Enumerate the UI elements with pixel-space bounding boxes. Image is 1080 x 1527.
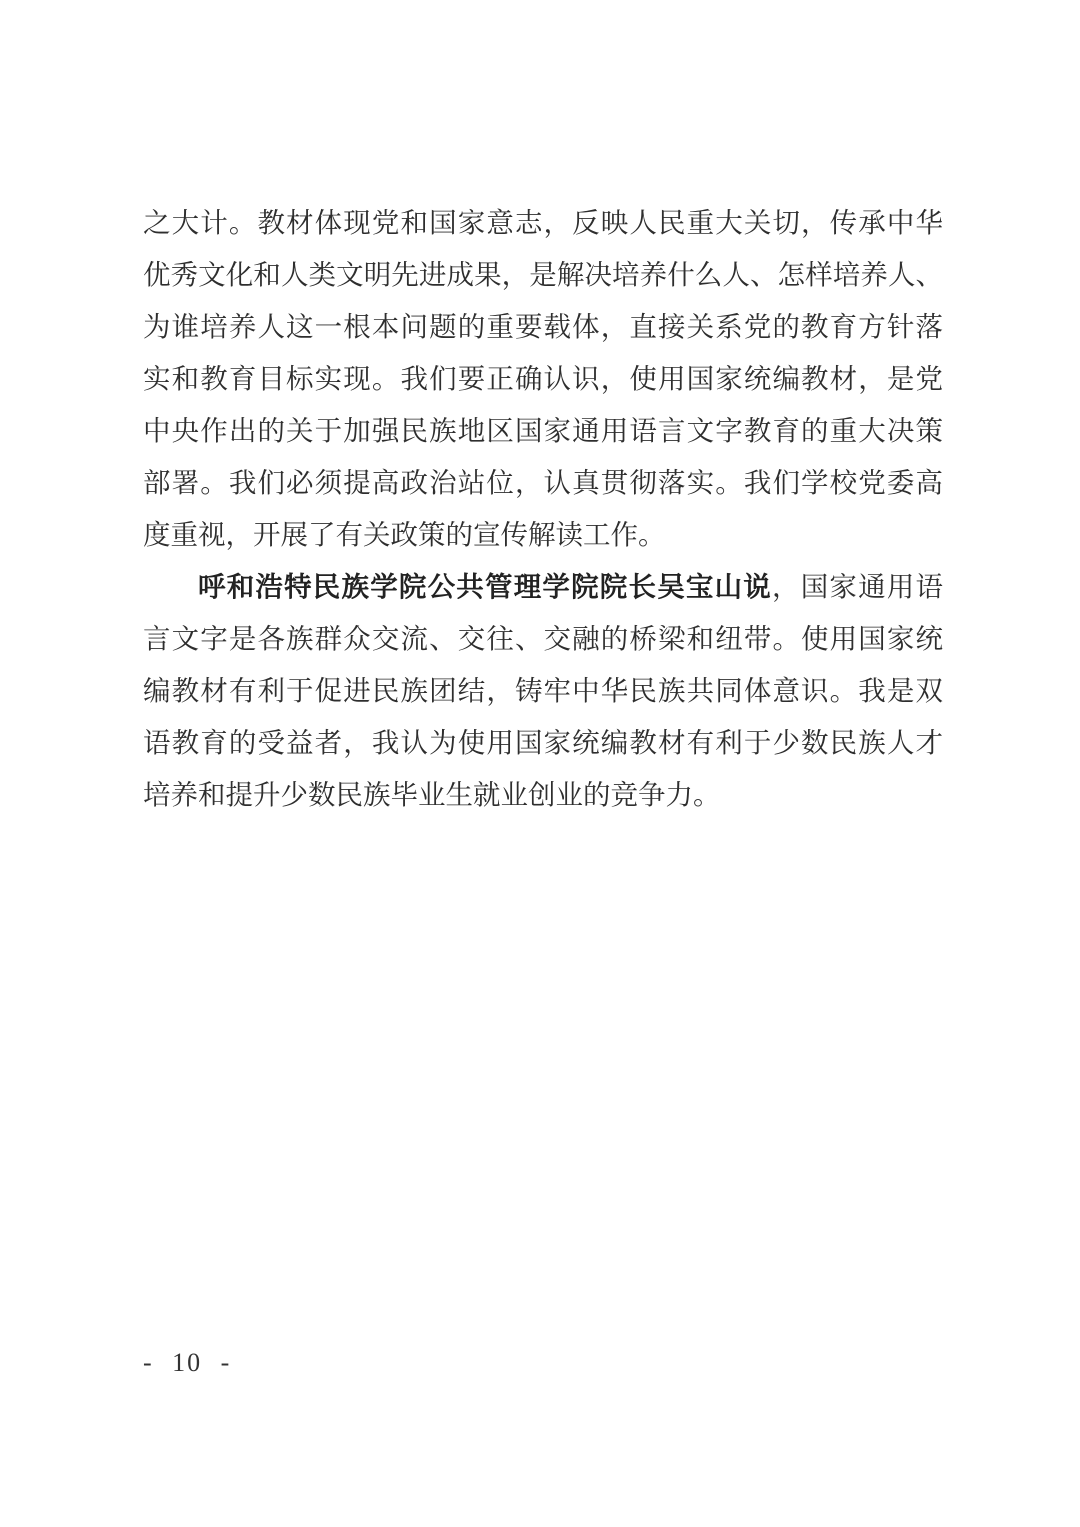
paragraph-line: 呼和浩特民族学院公共管理学院院长吴宝山说，国家通用语	[143, 561, 943, 613]
speaker-name-bold: 呼和浩特民族学院公共管理学院院长吴宝山说	[198, 571, 772, 602]
paragraph-2: 呼和浩特民族学院公共管理学院院长吴宝山说，国家通用语 言文字是各族群众交流、交往…	[143, 561, 943, 821]
paragraph-line: 部署。我们必须提高政治站位，认真贯彻落实。我们学校党委高	[143, 457, 943, 509]
paragraph-line: 培养和提升少数民族毕业生就业创业的竞争力。	[143, 769, 943, 821]
paragraph-line-rest: ，国家通用语	[772, 571, 943, 602]
paragraph-line: 中央作出的关于加强民族地区国家通用语言文字教育的重大决策	[143, 405, 943, 457]
paragraph-line: 优秀文化和人类文明先进成果，是解决培养什么人、怎样培养人、	[143, 249, 943, 301]
paragraph-line: 度重视，开展了有关政策的宣传解读工作。	[143, 509, 943, 561]
paragraph-line: 编教材有利于促进民族团结，铸牢中华民族共同体意识。我是双	[143, 665, 943, 717]
paragraph-line: 实和教育目标实现。我们要正确认识，使用国家统编教材，是党	[143, 353, 943, 405]
paragraph-line: 语教育的受益者，我认为使用国家统编教材有利于少数民族人才	[143, 717, 943, 769]
paragraph-line: 言文字是各族群众交流、交往、交融的桥梁和纽带。使用国家统	[143, 613, 943, 665]
document-body: 之大计。教材体现党和国家意志，反映人民重大关切，传承中华 优秀文化和人类文明先进…	[143, 197, 943, 821]
paragraph-line: 为谁培养人这一根本问题的重要载体，直接关系党的教育方针落	[143, 301, 943, 353]
paragraph-1: 之大计。教材体现党和国家意志，反映人民重大关切，传承中华 优秀文化和人类文明先进…	[143, 197, 943, 561]
page-number: - 10 -	[143, 1348, 231, 1378]
paragraph-line: 之大计。教材体现党和国家意志，反映人民重大关切，传承中华	[143, 197, 943, 249]
document-page: 之大计。教材体现党和国家意志，反映人民重大关切，传承中华 优秀文化和人类文明先进…	[0, 0, 1080, 1527]
